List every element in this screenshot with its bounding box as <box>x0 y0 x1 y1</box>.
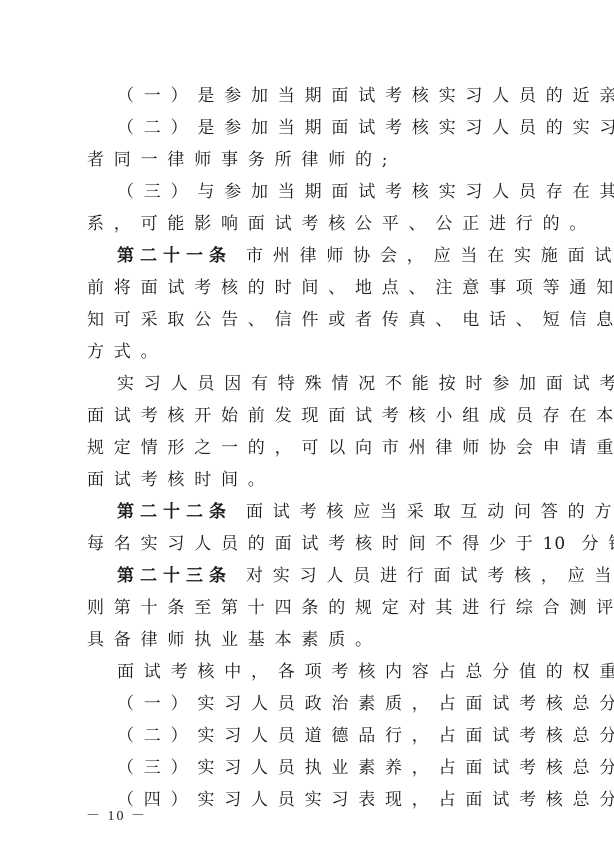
article-21-text: 市州律师协会，应当在实施面试考核七日 <box>246 246 614 266</box>
article-22-number: 第二十二条 <box>117 502 232 522</box>
article-23-number: 第二十三条 <box>117 566 232 586</box>
weight-item-3: （三）实习人员执业素养，占面试考核总分值的25%; <box>87 756 523 788</box>
article-23-text: 对实习人员进行面试考核，应当按照本细 <box>246 566 614 586</box>
reschedule-line-4: 面试考核时间。 <box>87 468 523 500</box>
article-21-line-3: 知可采取公告、信件或者传真、电话、短信息、电子邮件等 <box>87 308 523 340</box>
article-23-line-1: 第二十三条对实习人员进行面试考核，应当按照本细 <box>87 564 523 596</box>
weight-item-4: （四）实习人员实习表现，占面试考核总分值的25%。 <box>87 788 523 820</box>
document-page: （一）是参加当期面试考核实习人员的近亲属的; （二）是参加当期面试考核实习人员的… <box>87 84 523 820</box>
article-23-line-2: 则第十条至第十四条的规定对其进行综合测评，确定其是否 <box>87 596 523 628</box>
article-23-line-3: 具备律师执业基本素质。 <box>87 628 523 660</box>
article-21-line-4: 方式。 <box>87 340 523 372</box>
article-22-text: 面试考核应当采取互动问答的方式进行。 <box>246 502 614 522</box>
weights-intro: 面试考核中，各项考核内容占总分值的权重分别为: <box>87 660 523 692</box>
clause-3-line-2: 系，可能影响面试考核公平、公正进行的。 <box>87 212 523 244</box>
reschedule-line-3: 规定情形之一的，可以向市州律师协会申请重新调整本人的 <box>87 436 523 468</box>
article-22-text-post: 分钟。 <box>581 534 614 554</box>
article-21-number: 第二十一条 <box>117 246 232 266</box>
article-21-line-2: 前将面试考核的时间、地点、注意事项等通知实习人员，通 <box>87 276 523 308</box>
page-number: － 10 － <box>86 805 147 825</box>
weight-label: （一）实习人员政治素质，占面试考核总分值的 <box>117 694 614 714</box>
article-22-text-pre: 每名实习人员的面试考核时间不得少于 <box>87 534 543 554</box>
weight-label: （四）实习人员实习表现，占面试考核总分值的 <box>117 790 614 810</box>
article-22-line-2: 每名实习人员的面试考核时间不得少于10 分钟。 <box>87 532 523 564</box>
weight-label: （三）实习人员执业素养，占面试考核总分值的 <box>117 758 614 778</box>
clause-2-line-1: （二）是参加当期面试考核实习人员的实习指导律师或 <box>87 116 523 148</box>
weight-item-2: （二）实习人员道德品行，占面试考核总分值的25%; <box>87 724 523 756</box>
clause-1: （一）是参加当期面试考核实习人员的近亲属的; <box>87 84 523 116</box>
clause-2-line-2: 者同一律师事务所律师的; <box>87 148 523 180</box>
article-21-line-1: 第二十一条市州律师协会，应当在实施面试考核七日 <box>87 244 523 276</box>
reschedule-line-2: 面试考核开始前发现面试考核小组成员存在本细则第二十条 <box>87 404 523 436</box>
minutes-value: 10 <box>543 534 567 554</box>
reschedule-line-1: 实习人员因有特殊情况不能按时参加面试考核，或者在 <box>87 372 523 404</box>
article-22-line-1: 第二十二条面试考核应当采取互动问答的方式进行。 <box>87 500 523 532</box>
clause-3-line-1: （三）与参加当期面试考核实习人员存在其他利害关 <box>87 180 523 212</box>
weight-label: （二）实习人员道德品行，占面试考核总分值的 <box>117 726 614 746</box>
weight-item-1: （一）实习人员政治素质，占面试考核总分值的25%; <box>87 692 523 724</box>
